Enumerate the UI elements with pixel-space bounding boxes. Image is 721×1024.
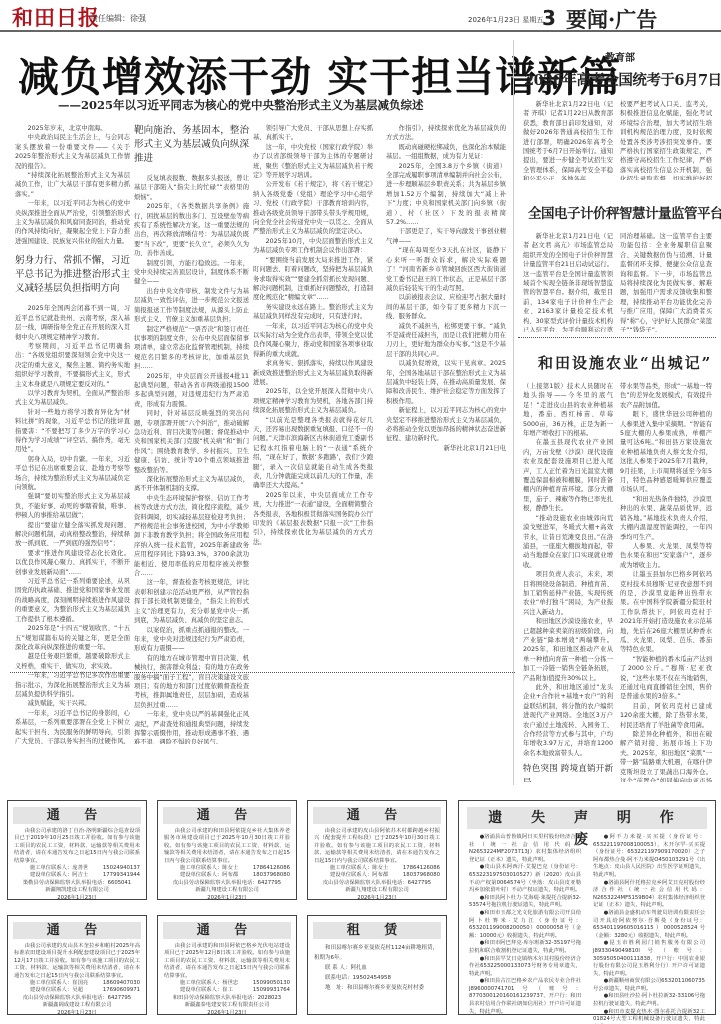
notice-box: 通 告 由我公司承建的皮山县木奎拉乡和帕村2025年高标准农田建设项目提升水利配… bbox=[7, 915, 147, 1015]
contact-label: 建设单位联系人：阿布都 bbox=[180, 872, 238, 879]
contact-label: 建设单位联系人：崔工 bbox=[180, 987, 233, 994]
paragraph: “现在每周至少3天扎在社区，能静下心来听一听群众诉求，解决实际难题了！”河南省新… bbox=[386, 246, 506, 293]
lost-item: ●昆玉市胜利园门销售服务有限公司J8933049049810l号（账号：3059… bbox=[593, 940, 705, 978]
lost-item: ●皮山县木阿西汗·艾提巴克（身份证号：653223197503010527）新（… bbox=[469, 864, 581, 894]
lost-statement-title: 遗 失 声 明 作 废 bbox=[467, 807, 707, 829]
paragraph: 中央生态环境保护督察、信访工作考核等改进方式方法，简化程序流程，减少资料调阅，切… bbox=[134, 494, 249, 579]
paragraph: 校要严把考试入口关、监考关，积极推进信息化赋能，强化考试环境综合治理，加大考试招… bbox=[620, 100, 712, 180]
rental-body: 和田县喀尔赛乡亚曼依克村1124亩耕地租赁，租期为6年。 bbox=[314, 943, 440, 963]
story1-title: 2026年高考全国统考于6月7日开始举行 bbox=[524, 69, 721, 90]
contact-phone: 15099050130 bbox=[253, 980, 290, 987]
paragraph: 人参果、火龙果、凤梨等特色水果在和田“安家落户”，逐步成为增收主力。 bbox=[620, 542, 712, 570]
rental-phone: 联系电话：19502454958 bbox=[314, 973, 440, 983]
dotted-divider bbox=[10, 672, 515, 673]
contact-phone: 17690609971 bbox=[103, 987, 140, 994]
lost-column-right: ●阿不力米提·买买提（身份证号：653221197008100053），木开尔罕… bbox=[593, 834, 705, 1024]
paragraph: 一年来，习近平总书记的身影间，心系基层，一系列重要部署在全党上下树立起实干担当、… bbox=[15, 709, 130, 744]
paragraph: 目前，阿依玛克村已建成120余座大棚，除了热带水果，村民还培育了羊肚菌等食用菌。 bbox=[620, 702, 712, 730]
paragraph: 考察期间，习近平总书记明确指出：“各级党组织要深刻领会党中央这一决定的重大意义，… bbox=[15, 342, 130, 389]
lead-column-3: 领引导广大党员、干部从思想上存实抓基、真抓实干。 这一年，中央党校（国家行政学院… bbox=[253, 124, 373, 744]
contact-label: 建设单位联系人：阿布都 bbox=[330, 872, 388, 879]
paragraph: 2025年岁末，北京中南海。 bbox=[15, 124, 130, 133]
contact-label: 建设单位联系人：阿吉士 bbox=[30, 872, 88, 879]
notice-body: 由我公司承建的洛丁自治·洛明新疆综合巡查设项目已于2019年10月25日竣工并验… bbox=[14, 828, 140, 865]
story1-col-right: 校要严把考试入口关、监考关，积极推进信息化赋能，强化考试环境综合治理，加大考试招… bbox=[620, 100, 712, 180]
paragraph: 除差异化种植外，和田在破解产销对接、拓展市场上下功夫。2025年，和田地区“菜肌… bbox=[620, 730, 712, 782]
contact-phone: 18609407030 bbox=[103, 980, 140, 987]
paragraph: 一年来，以习近平同志为核心的党中央纵深推进全面从严治党，引领整治形式主义为基层减… bbox=[15, 199, 130, 246]
paragraph: 以学习教育为契机，全面从严整治形式主义为基层减负。 bbox=[15, 389, 130, 408]
paragraph: 出台中央文件审核、制发文件与为基层减负一致性评估，进一步规范公文报送简报报送工作… bbox=[134, 287, 249, 325]
company-name: 新疆翔凯建设工程有限公司 bbox=[14, 887, 140, 894]
notice-date: 2026年1月23日 bbox=[14, 1010, 140, 1017]
notice-title: 通 告 bbox=[163, 922, 291, 939]
notice-date: 2026年1月23日 bbox=[14, 895, 140, 902]
notice-date: 2026年1月23日 bbox=[314, 895, 440, 902]
paragraph: 让墨玉县加尔巴格乡阿依玛克村技术员穆斯·尼亚孜意想不到的是，沙漠里竟能种出热带水… bbox=[620, 570, 712, 655]
contact-phone: 17864126086 bbox=[253, 865, 290, 872]
paragraph: “推动设施农业由城郊向荒漠戈壁进军，冬暖式大棚+高效节水，让昔日荒滩变良田。”在… bbox=[523, 514, 613, 570]
lost-item: ●和田市麦提克热木·图尔荪托合提新32工01824号大型工程机械设备行驶证遗失，… bbox=[593, 1009, 705, 1024]
company-name: 新疆鑫阔成建设工程有限公司 bbox=[14, 1002, 140, 1009]
paragraph: 在墨玉县现代农业产业园内，万亩戈壁（沙漠）现代设施农业及配套设施项目已进入尾声，… bbox=[523, 438, 613, 513]
paragraph: 干部更是了，实干导向激发干事创业精气神—— bbox=[386, 227, 506, 246]
rental-contact: 联 系 人：阿扎血 bbox=[314, 963, 440, 973]
company-name: 新疆九翔建设工程有限公司 bbox=[164, 887, 290, 894]
paragraph: 反复填表报数、数据多头报送，曾让基层干部陷入“指尖上的忙碌”“表格里的烦恼”。 bbox=[134, 174, 249, 202]
paragraph: 新征程上，以习近平同志为核心的党中央坚定不移推进整治形式主义为基层减负，必将推动… bbox=[386, 406, 506, 444]
notice-box: 通 告 由我公司承建的和田县阿依提克乡社大集体养老服务市场建设项目已于2025年… bbox=[157, 800, 297, 900]
story3-col-left: （上接第1版）技术人员随时在地头指导——今冬里的底气足！”走进皮山县的农业种植基… bbox=[523, 382, 613, 782]
paragraph: 深化拓展整治形式主义为基层减负，离不开体制机制的支撑。 bbox=[134, 475, 249, 494]
lost-item: ●洛浦县金盛机动车驾驶员培训有限责任公司开具给阿依努尔·吾斯曼（身份证号：653… bbox=[593, 910, 705, 940]
contact-phone: 17799341944 bbox=[103, 872, 140, 879]
lost-item: ●和田市阿巴拜克·库尔班新32-35197号拖拉机和联合收割机登记证遗失，特此声… bbox=[469, 940, 581, 955]
lost-item: ●和田县吐沙拉·阿卜杜拉新32-33106号拖拉机行驶证遗失，特此声明。 bbox=[593, 993, 705, 1008]
paragraph: 2025年以来，中央层面成立工作专班，大力推进“一表通”建设，全面精简整合各类报… bbox=[253, 491, 373, 547]
story2-col-left: 新华社北京1月21日电（记者 赵文君 高亢）市场监管总局组织开发的全国电子计价秤… bbox=[523, 232, 613, 332]
section-subtitle: 躬身力行、常抓不懈，习近平总书记为推进整治形式主义减轻基层负担指明方向 bbox=[15, 254, 130, 296]
paragraph: 新华社北京1月21日电（记者 赵文君 高亢）市场监管总局组织开发的全国电子计价秤… bbox=[523, 232, 613, 332]
notice-box: 通 告 由我公司承建的洛丁自治·洛明新疆综合巡查设项目已于2019年10月25日… bbox=[7, 800, 147, 900]
paragraph: “智能种植的番木瓜亩产达到了2000公斤。”穆斯·尼亚孜说，“这些水果不仅在当地… bbox=[620, 655, 712, 702]
contact-phone: 18037968080 bbox=[253, 872, 290, 879]
paragraph: 2025年，中央层面公开通报4批11起典型问题，带动各省市两级通报1500多起典… bbox=[134, 372, 249, 410]
paragraph: 此外，和田地区通过“龙头企业+合作社+基地+农户”的利益联结机制，将分散的农户编… bbox=[523, 683, 613, 758]
byline: 新华社北京1月21日电 bbox=[386, 444, 506, 453]
notice-body: 由我公司承建的皮山县木奎拉乡和帕村2025年高标准农田建设项目提升水利配套建设项… bbox=[14, 943, 140, 980]
sidebar-kicker: 教育部 bbox=[590, 49, 650, 64]
column-divider bbox=[513, 40, 514, 785]
paragraph: 作指引》，持续探索优化为基层减负的方式方法。 bbox=[386, 124, 506, 143]
paragraph: 求真务实、狠抓落实，持续以作风建设新成效推进整治形式主义为基层减负取得新进展。 bbox=[253, 359, 373, 387]
paragraph: “持续深化拓展整治形式主义为基层减负工作，让广大基层干部有更多精力抓落实。” bbox=[15, 171, 130, 199]
notice-body: 由我公司承建的皮山县阿依苏木村都跨越乡村振兴（配套提升工程标段）已于2025年1… bbox=[314, 828, 440, 865]
contact-phone: 17864126086 bbox=[403, 865, 440, 872]
paragraph: 强调“要切实整治形式主义为基层减负，不能好事、动死的事瞎着做，唯事、停顿人的事推… bbox=[15, 492, 130, 520]
paragraph: 2025年10月，中央层面整治形式主义为基层减负专项工作机制会议作出部署： bbox=[253, 237, 373, 256]
contact-phone: 15024940137 bbox=[103, 865, 140, 872]
lost-item: ●和田县古江巴格乡农产品农民专业合作社J8960000741701号（账号：87… bbox=[469, 978, 581, 1016]
notice-body: 由我公司承建的和田县阿依巴格乡光伏电站建设项目已于2025年12月8日竣工并验收… bbox=[164, 943, 290, 980]
contact-phone: 18037968080 bbox=[403, 872, 440, 879]
notice-title: 通 告 bbox=[13, 922, 141, 939]
paragraph: 务实建设永远在路上。整治形式主义为基层减负同样没有完成时，只有进行时。 bbox=[253, 303, 373, 322]
story2-col-right: 同治理基础。这一监管平台主要功能包括：全业务履职信息聚合、关键数据仿伪与追溯、计… bbox=[620, 232, 712, 332]
paragraph: 这一年，督查检查考核更规范，评比表彰和创建示范活动更严格，从严管控指挥于部长效机… bbox=[134, 578, 249, 625]
lost-item: ●和田县罕艾日克镇纳木尔其村股份经济合作社653225000133073号财务专… bbox=[469, 956, 581, 979]
paragraph: 一年来，以习近平同志为核心的党中央以实际行动为全党作出表率，带领全党以优良作风凝… bbox=[253, 322, 373, 360]
paragraph: 减负不减担当，松绑更要干事。“减负不是减责任减担当，而是让我们把精力用在刀刃上，… bbox=[386, 322, 506, 360]
paragraph: “要围绕当前发展大局来推进工作，紧盯问题去、盯着问题改，坚持把为基层减负务求取得… bbox=[253, 256, 373, 303]
paragraph: 同时，针对基层反映强烈的突出问题，专项部署开展“六个纠治”，推动破解急功近利、盲… bbox=[134, 409, 249, 475]
story3-subtitle: 特色突围 跨境直销开新局 bbox=[523, 762, 613, 782]
paragraph: 制度引领，方能行稳致远。一年来，党中央持续完善顶层设计，制度体系不断健全—— bbox=[134, 259, 249, 287]
lost-statement-box: 遗 失 声 明 作 废 ●洛浦县山普鲁镇阿日买里村股份经济合作社（统一社会信用代… bbox=[458, 800, 716, 1015]
paragraph: 2025年，全国3.8万个乡镇（街道）全部完成履职事项清单编制并向社会公布，进一… bbox=[386, 162, 506, 228]
rental-box: 租 赁 和田县喀尔赛乡亚曼依克村1124亩耕地租赁，租期为6年。 联 系 人：阿… bbox=[307, 915, 447, 1015]
notice-title: 通 告 bbox=[163, 807, 291, 824]
paragraph: 新华社北京1月22日电（记者 齐琪）记者1月22日从教育部获悉，教育部日前印发通… bbox=[523, 100, 613, 180]
paragraph: （上接第1版）技术人员随时在地头指导——今冬里的底气足！”走进皮山县的农业种植基… bbox=[523, 382, 613, 438]
company-name: 新疆鑫泰电建安装工程有限责任公司 bbox=[164, 1002, 290, 1009]
lost-item: ●洛浦县阿什托格拉克乡阿艾日克村股份经济合作社（统一社会信用代码：N265322… bbox=[593, 880, 705, 910]
paragraph: 同治理基础。这一监管平台主要功能包括：全业务履职信息聚合、关键数据仿伪与追溯、计… bbox=[620, 232, 712, 332]
paragraph: 项目负责人表示，未来，项目将围绕设备制造、种植育苗、加工销售延伸产业链，实现传统… bbox=[523, 570, 613, 617]
paragraph: 这一年，中央党校（国家行政学院）举办了以省部级领导干部为主体的专题研讨班，聚焦《… bbox=[253, 143, 373, 181]
notice-box: 通 告 由我公司承建的和田县阿依巴格乡光伏电站建设项目已于2025年12月8日竣… bbox=[157, 915, 297, 1015]
lost-item: ●阿不力米提·买买提（身份证号：653221197008100053），木开尔罕… bbox=[593, 834, 705, 880]
notice-date: 2026年1月23日 bbox=[164, 1010, 290, 1017]
masthead: 和田日报 责任编辑：徐强 2026年1月23日 星期五 3 要闻·广告 bbox=[0, 0, 721, 32]
newspaper-logo: 和田日报 bbox=[12, 2, 100, 32]
lead-column-4: 作指引》，持续探索优化为基层减负的方式方法。 既动真碰硬松绑减负，也深化治本赋能… bbox=[386, 124, 506, 744]
notice-body: 由我公司承建的和田县阿依提克乡社大集体养老服务市场建设项目已于2025年10月3… bbox=[164, 828, 290, 865]
notice-date: 2026年1月23日 bbox=[164, 895, 290, 902]
lost-item: ●洛浦县山普鲁镇阿日买里村股份经济合作社（统一社会信用代码：N2653224MF… bbox=[469, 834, 581, 864]
lost-item: ●和田市玉都之光文化旅游有限公司开具给阿卜杜赛米·艾力江（身份证号：653201… bbox=[469, 910, 581, 940]
paragraph: 有的地方在城市管理中盲目决策、机械执行，损害群众利益；有的地方在政务服务中搞“面… bbox=[134, 654, 249, 710]
paragraph: 习近平总书记一系列重要论述，从巩固党的执政基础、推进党和国家事业发展的战略高度，… bbox=[15, 577, 130, 624]
paragraph: 带水果等品类，形成“一基地一特色”的差异化发展模式，有效提升农产品附加值。 bbox=[620, 382, 712, 410]
lost-item: ●新疆顺州商贸有限公司6532011060735号公章遗失，特此声明。 bbox=[593, 978, 705, 993]
notice-title: 通 告 bbox=[313, 807, 441, 824]
notice-box: 通 告 由我公司承建的皮山县阿依苏木村都跨越乡村振兴（配套提升工程标段）已于20… bbox=[307, 800, 447, 900]
issue-date: 2026年1月23日 星期五 bbox=[468, 15, 543, 25]
paragraph: 以案促治，抓重点抓通报的整改。一年来，党中央对违规违纪行为严肃追责，形成有力震慑… bbox=[134, 626, 249, 654]
lost-item: ●和田县阿卜杜力·艾海缇·莱提托合提新32-53574号拖拉机行驶证遗失，特此声… bbox=[469, 895, 581, 910]
paragraph: 减负赋能，实干兴邦。 bbox=[15, 699, 130, 708]
paragraph: 2025年，以全党开展深入贯彻中央八项规定精神学习教育为契机，各地各部门持续深化… bbox=[253, 387, 373, 415]
story3-col-right: 带水果等品类，形成“一基地一特色”的差异化发展模式，有效提升农产品附加值。 眼下… bbox=[620, 382, 712, 782]
dotted-divider bbox=[518, 337, 716, 338]
story2-title: 全国电子计价秤智慧计量监管平台启动试运行 bbox=[528, 202, 721, 222]
company-name: 新疆九翔建设工程有限公司 bbox=[314, 887, 440, 894]
contact-phone: 15099931764 bbox=[253, 987, 290, 994]
paragraph: 公开发布《若干规定》，将《若干规定》纳入各级党委（党组）理论学习中心组学习、党校… bbox=[253, 180, 373, 236]
paragraph: 2025年是“十四五”规划收官、“十五五”规划谋篇布局的关键之年，更是全面深化改… bbox=[15, 624, 130, 652]
paragraph: 眼下，盛世华冠公司种植的人参果进入集中采摘期。“智能有5座大棚的人参果成熟，单棚… bbox=[620, 410, 712, 495]
paragraph: 躬身入局，切中肯綮。一年来，习近平总书记在出席重要会议、赴地方考察等场合，持续为… bbox=[15, 455, 130, 493]
paragraph: 针对一些地方将学习教育异化为“材料比拼”的现象，习近平总书记的批评直指要害：“不… bbox=[15, 408, 130, 455]
paragraph: 越是任务艰巨繁重，越要破除形式主义桎梏，重实干、做实功、求实效。 bbox=[15, 652, 130, 671]
paragraph: 一年来，习近平总书记多次作出重要指示批示，为深化拓展整治形式主义为基层减负提供科… bbox=[15, 671, 130, 699]
paragraph: 要求“推进作风建设常态化长效化。以优良作风凝心聚力、真抓实干，不断开创事业发展新… bbox=[15, 549, 130, 577]
contact-label: 建设单位联系人：吴超 bbox=[30, 987, 83, 994]
paragraph: “和田光热条件独特，沙漠里种出的水果、蔬菜品质优异，远销各地。”基地技术负责人介… bbox=[620, 495, 712, 542]
lead-subhead: ——2025年以习近平同志为核心的党中央整治形式主义为基层减负综述 bbox=[58, 97, 424, 113]
paragraph: 中央政治局民主生活会上，与会同志案头摆放着一份重要文件——《关于2025年整治形… bbox=[15, 133, 130, 171]
responsible-editor: 责任编辑：徐强 bbox=[90, 13, 146, 24]
lead-column-2: 靶向施治、务基固本，整治形式主义为基层减负向纵深推进 反复填表报数、数据多头报送… bbox=[134, 124, 249, 744]
paragraph: 2025年，《各类数据共享条例》施行，困扰基层的数出多门、互设壁垒等痼疾有了系统… bbox=[134, 202, 249, 258]
lost-column-left: ●洛浦县山普鲁镇阿日买里村股份经济合作社（统一社会信用代码：N2653224MF… bbox=[469, 834, 581, 1024]
rental-title: 租 赁 bbox=[313, 922, 441, 939]
notice-title: 通 告 bbox=[13, 807, 141, 824]
paragraph: 2025年全国两会闭幕不到一周，习近平总书记就赴贵州、云南考察，深入基层一线，调… bbox=[15, 304, 130, 342]
paragraph: “以前光是整理各类报表就得花好几天，还容易出现数据重复填报、口径不一的问题。”天… bbox=[253, 416, 373, 491]
rental-address: 地 址：和田县喀尔赛乡亚曼依克村村委 bbox=[314, 983, 440, 993]
paragraph: 既动真碰硬松绑减负，也深化治本赋能基层。一组组数据，成为有力见证： bbox=[386, 143, 506, 162]
paragraph: 和田地区沙漠设施农业，早已超越种菜卖菜的初级阶段，向产业链“降本增效”两端攀升。… bbox=[523, 617, 613, 683]
paragraph: 以前被报表会议、应检迎考占据大量时间的基层干部，如今有了更多精力下沉一线、服务群… bbox=[386, 293, 506, 321]
paragraph: 制定严格规范“一票否决”和签订责任状事项的制度文件，公布中央层面保留事项清单，建… bbox=[134, 325, 249, 372]
section-subtitle: 靶向施治、务基固本，整治形式主义为基层减负向纵深推进 bbox=[134, 124, 249, 166]
paragraph: 一年来，党中央以严的基调强化正风肃纪，严肃查处和通报典型问题，持续发挥警示震慑作… bbox=[134, 710, 249, 744]
paragraph: 提出“要建立健全落实抓发现问题、解决问题机制，动真格整改整治，持续释放一抓到底、… bbox=[15, 521, 130, 549]
paragraph: 以减负促增效，以实干见真章。2025年，全国各地基层干部在整治形式主义为基层减负… bbox=[386, 359, 506, 406]
story1-col-left: 新华社北京1月22日电（记者 齐琪）记者1月22日从教育部获悉，教育部日前印发通… bbox=[523, 100, 613, 180]
story3-title: 和田设施农业“出城记” bbox=[538, 352, 712, 373]
section-title: 要闻·广告 bbox=[566, 4, 657, 34]
paragraph: 领引导广大党员、干部从思想上存实抓基、真抓实干。 bbox=[253, 124, 373, 143]
lead-column-1: 2025年岁末，北京中南海。 中央政治局民主生活会上，与会同志案头摆放着一份重要… bbox=[15, 124, 130, 744]
page-number: 3 bbox=[542, 6, 556, 30]
